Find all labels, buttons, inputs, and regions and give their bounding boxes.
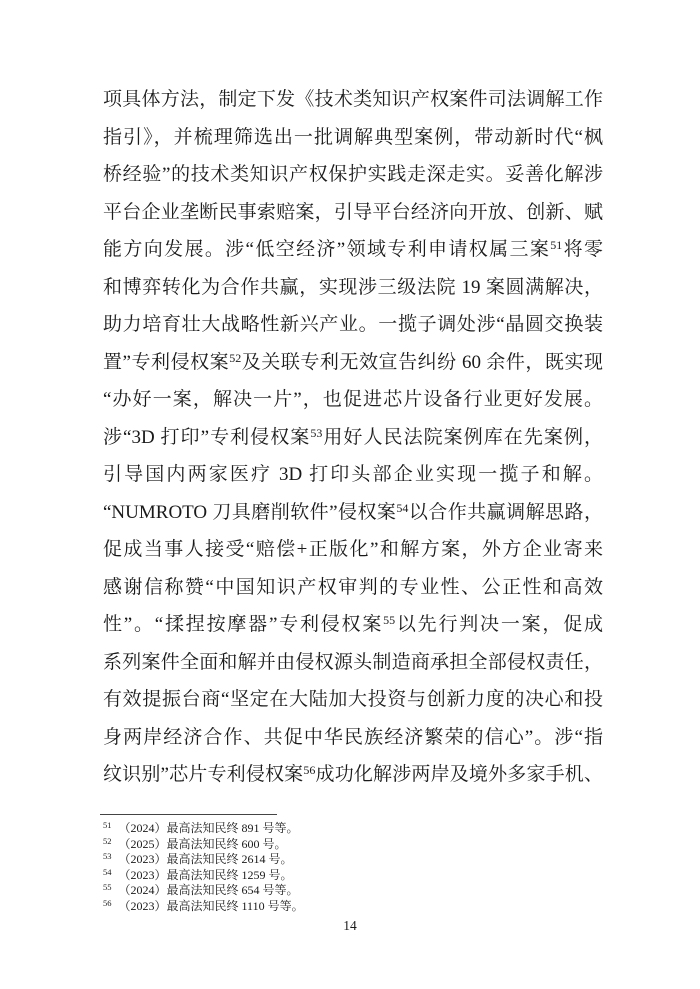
body-line: 引导国内两家医疗 3D 打印头部企业实现一揽子和解。 [103,456,603,494]
body-line-text: 系列案件全面和解并由侵权源头制造商承担全部侵权责任， [103,652,603,673]
footnote-ref: 51 [550,238,562,252]
footnote-text: （2024）最高法知民终 654 号等。 [119,883,299,897]
footnote-text: （2025）最高法知民终 600 号。 [119,837,287,851]
footnote-item: 52（2025）最高法知民终 600 号。 [103,837,523,853]
document-page: 项具体方法，制定下发《技术类知识产权案件司法调解工作 指引》，并梳理筛选出一批调… [0,0,700,989]
footnote-ref: 54 [396,501,408,515]
body-line-text: 涉“3D 打印”专利侵权案 [103,427,310,448]
footnote-ref: 52 [229,351,241,365]
footnote-item: 56（2023）最高法知民终 1110 号等。 [103,899,523,915]
footnote-text: （2023）最高法知民终 1259 号。 [119,868,293,882]
footnote-ref: 55 [383,613,395,627]
body-line-text: 身两岸经济合作、共促中华民族经济繁荣的信心”。涉“指 [103,727,603,748]
footnote-ref: 56 [303,763,315,777]
body-line-text: 将零 [562,239,603,260]
body-line-text: 成功化解涉两岸及境外多家手机、 [315,764,603,785]
footnote-text: （2023）最高法知民终 2614 号。 [119,852,293,866]
footnote-ref: 53 [310,426,322,440]
body-line-text: 及关联专利无效宣告纠纷 60 余件，既实现 [241,352,603,373]
body-line: 系列案件全面和解并由侵权源头制造商承担全部侵权责任， [103,644,603,682]
body-line: 置”专利侵权案52及关联专利无效宣告纠纷 60 余件，既实现 [103,344,603,382]
footnote-number: 51 [103,820,112,830]
footnote-separator [100,814,277,815]
body-line-text: 感谢信称赞“中国知识产权审判的专业性、公正性和高效 [103,577,603,598]
body-line: “NUMROTO 刀具磨削软件”侵权案54以合作共赢调解思路， [103,494,603,532]
body-line: 感谢信称赞“中国知识产权审判的专业性、公正性和高效 [103,569,603,607]
page-number: 14 [0,918,700,934]
body-line-text: 桥经验”的技术类知识产权保护实践走深走实。妥善化解涉 [103,164,603,185]
body-line: 平台企业垄断民事索赔案，引导平台经济向开放、创新、赋 [103,194,603,232]
body-text-block: 项具体方法，制定下发《技术类知识产权案件司法调解工作 指引》，并梳理筛选出一批调… [103,81,603,794]
body-line-text: “办好一案，解决一片”，也促进芯片设备行业更好发展。 [103,389,603,410]
body-line-text: 指引》，并梳理筛选出一批调解典型案例，带动新时代“枫 [103,127,603,148]
body-line-text: 项具体方法，制定下发《技术类知识产权案件司法调解工作 [103,89,603,110]
footnote-item: 53（2023）最高法知民终 2614 号。 [103,852,523,868]
body-line: 涉“3D 打印”专利侵权案53用好人民法院案例库在先案例， [103,419,603,457]
body-line: 助力培育壮大战略性新兴产业。一揽子调处涉“晶圆交换装 [103,306,603,344]
footnote-text: （2023）最高法知民终 1110 号等。 [119,899,304,913]
body-line-text: 引导国内两家医疗 3D 打印头部企业实现一揽子和解。 [103,464,603,485]
footnote-number: 52 [103,836,112,846]
body-line: 纹识别”芯片专利侵权案56成功化解涉两岸及境外多家手机、 [103,756,603,794]
body-line-text: 纹识别”芯片专利侵权案 [103,764,303,785]
body-line: 促成当事人接受“赔偿+正版化”和解方案，外方企业寄来 [103,531,603,569]
body-line-text: 和博弈转化为合作共赢，实现涉三级法院 19 案圆满解决， [103,277,603,298]
footnote-number: 54 [103,867,112,877]
body-line: 身两岸经济合作、共促中华民族经济繁荣的信心”。涉“指 [103,719,603,757]
body-line-text: 助力培育壮大战略性新兴产业。一揽子调处涉“晶圆交换装 [103,314,603,335]
body-line: 有效提振台商“坚定在大陆加大投资与创新力度的决心和投 [103,681,603,719]
body-line-text: 性”。“揉捏按摩器”专利侵权案 [103,614,383,635]
footnote-item: 51（2024）最高法知民终 891 号等。 [103,821,523,837]
body-line-text: 平台企业垄断民事索赔案，引导平台经济向开放、创新、赋 [103,202,603,223]
body-line: 指引》，并梳理筛选出一批调解典型案例，带动新时代“枫 [103,119,603,157]
body-line-text: “NUMROTO 刀具磨削软件”侵权案 [103,502,396,523]
body-line-text: 促成当事人接受“赔偿+正版化”和解方案，外方企业寄来 [103,539,603,560]
body-line: 性”。“揉捏按摩器”专利侵权案55以先行判决一案，促成 [103,606,603,644]
body-line-text: 以合作共赢调解思路， [408,502,603,523]
footnotes-block: 51（2024）最高法知民终 891 号等。 52（2025）最高法知民终 60… [103,821,523,915]
body-line-text: 置”专利侵权案 [103,352,229,373]
body-line: “办好一案，解决一片”，也促进芯片设备行业更好发展。 [103,381,603,419]
footnote-number: 55 [103,882,112,892]
body-line: 桥经验”的技术类知识产权保护实践走深走实。妥善化解涉 [103,156,603,194]
body-line-text: 用好人民法院案例库在先案例， [322,427,603,448]
body-line-text: 能方向发展。涉“低空经济”领域专利申请权属三案 [103,239,550,260]
body-line-text: 以先行判决一案，促成 [395,614,603,635]
body-line: 能方向发展。涉“低空经济”领域专利申请权属三案51将零 [103,231,603,269]
footnote-text: （2024）最高法知民终 891 号等。 [119,821,299,835]
footnote-item: 54（2023）最高法知民终 1259 号。 [103,868,523,884]
footnote-item: 55（2024）最高法知民终 654 号等。 [103,883,523,899]
body-line: 和博弈转化为合作共赢，实现涉三级法院 19 案圆满解决， [103,269,603,307]
footnote-number: 53 [103,851,112,861]
body-line: 项具体方法，制定下发《技术类知识产权案件司法调解工作 [103,81,603,119]
footnote-number: 56 [103,898,112,908]
body-line-text: 有效提振台商“坚定在大陆加大投资与创新力度的决心和投 [103,689,603,710]
